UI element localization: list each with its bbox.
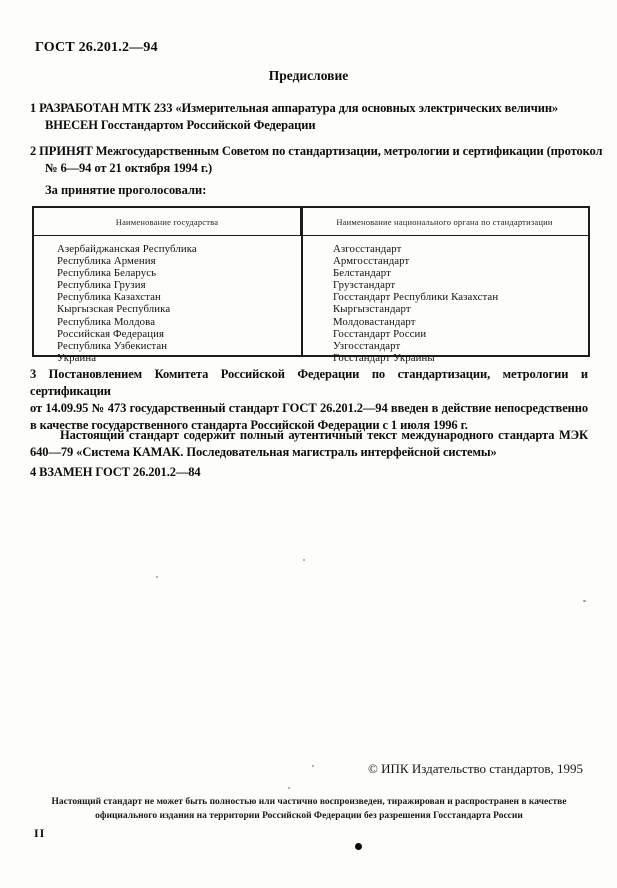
preface-heading: Предисловие	[0, 68, 617, 84]
page-bottom-dot	[355, 843, 362, 850]
table-cell-country: Республика Казахстан	[57, 291, 301, 303]
scan-speck	[303, 559, 305, 561]
reproduction-restriction: Настоящий стандарт не может быть полност…	[30, 795, 588, 823]
note-line2: 640—79 «Система КАМАК. Последовательная …	[30, 444, 588, 461]
scan-speck	[583, 600, 586, 602]
table-cell-org: Кыргызстандарт	[333, 303, 588, 315]
note-line1: Настоящий стандарт содержит полный аутен…	[30, 427, 588, 444]
item1-line1: 1 РАЗРАБОТАН МТК 233 «Измерительная аппа…	[30, 100, 588, 117]
table-cell-org: Госстандарт Украины	[333, 352, 588, 364]
vote-intro-text: За принятие проголосовали:	[45, 183, 206, 198]
table-cell-org: Госстандарт России	[333, 328, 588, 340]
column-header-country: Наименование государства	[34, 208, 301, 235]
table-cell-country: Кыргызская Республика	[57, 303, 301, 315]
scan-speck	[312, 765, 314, 767]
item4-line: 4 ВЗАМЕН ГОСТ 26.201.2—84	[30, 464, 588, 481]
table-cell-country: Республика Беларусь	[57, 267, 301, 279]
scan-speck	[156, 576, 158, 578]
table-cell-org: Грузстандарт	[333, 279, 588, 291]
document-code: ГОСТ 26.201.2—94	[35, 40, 158, 56]
item3-line2: от 14.09.95 № 473 государственный станда…	[30, 400, 588, 417]
table-cell-org: Белстандарт	[333, 267, 588, 279]
restriction-line1: Настоящий стандарт не может быть полност…	[30, 795, 588, 809]
table-cell-country: Республика Армения	[57, 255, 301, 267]
table-cell-org: Армгосстандарт	[333, 255, 588, 267]
item1-line2: ВНЕСЕН Госстандартом Российской Федераци…	[30, 117, 588, 134]
table-cell-org: Узгосстандарт	[333, 340, 588, 352]
item3-line1: 3 Постановлением Комитета Российской Фед…	[30, 366, 588, 400]
table-column-divider	[301, 208, 303, 355]
item2-line2: № 6—94 от 21 октября 1994 г.)	[30, 160, 588, 177]
document-page: ГОСТ 26.201.2—94 Предисловие 1 РАЗРАБОТА…	[0, 0, 617, 888]
item2-line1: 2 ПРИНЯТ Межгосударственным Советом по с…	[30, 143, 588, 160]
table-cell-country: Республика Молдова	[57, 316, 301, 328]
vote-table-header: Наименование государства Наименование на…	[34, 208, 588, 236]
preface-item-3: 3 Постановлением Комитета Российской Фед…	[30, 366, 588, 434]
preface-item-1: 1 РАЗРАБОТАН МТК 233 «Измерительная аппа…	[30, 100, 588, 134]
table-cell-org: Молдовастандарт	[333, 316, 588, 328]
org-column: Азгосстандарт Армгосстандарт Белстандарт…	[301, 243, 588, 364]
table-cell-org: Госстандарт Республики Казахстан	[333, 291, 588, 303]
restriction-line2: официального издания на территории Росси…	[30, 809, 588, 823]
table-cell-country: Украина	[57, 352, 301, 364]
preface-item-2: 2 ПРИНЯТ Межгосударственным Советом по с…	[30, 143, 588, 177]
table-cell-org: Азгосстандарт	[333, 243, 588, 255]
scan-speck	[288, 787, 290, 789]
country-column: Азербайджанская Республика Республика Ар…	[34, 243, 301, 364]
vote-table-body: Азербайджанская Республика Республика Ар…	[34, 236, 588, 364]
table-cell-country: Азербайджанская Республика	[57, 243, 301, 255]
copyright-notice: © ИПК Издательство стандартов, 1995	[368, 761, 583, 777]
table-cell-country: Республика Грузия	[57, 279, 301, 291]
preface-item-4: 4 ВЗАМЕН ГОСТ 26.201.2—84	[30, 464, 588, 481]
table-cell-country: Российская Федерация	[57, 328, 301, 340]
table-cell-country: Республика Узбекистан	[57, 340, 301, 352]
column-header-org: Наименование национального органа по ста…	[301, 208, 588, 235]
page-number: II	[34, 826, 45, 841]
vote-table: Наименование государства Наименование на…	[32, 206, 590, 357]
preface-note: Настоящий стандарт содержит полный аутен…	[30, 427, 588, 461]
